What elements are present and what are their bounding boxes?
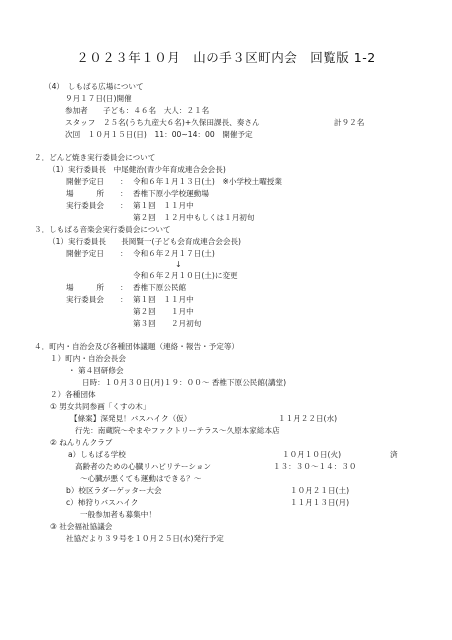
row-label: 開催予定日 — [66, 249, 104, 259]
row-value: 第３回 ２月初旬 — [133, 319, 201, 329]
row-value: 第１回 １１月中 — [133, 201, 194, 211]
item-date: １１月２２日(水) — [278, 414, 337, 424]
section-heading: ４．町内・自治会及び各種団体議題（連絡・報告・予定等） — [34, 342, 239, 352]
item: a）しもばる学校 — [68, 450, 126, 460]
staff: スタッフ ２５名(うち九産大６名)+久保田課長、奏さん — [65, 118, 260, 128]
item-date: １０月１０日(火) — [282, 450, 341, 460]
row-value: 令和６年１月１３日(土) ※小学校土曜授業 — [133, 177, 282, 187]
row-label: 開催予定日 — [66, 177, 104, 187]
row-sep: ： — [120, 283, 128, 293]
row-sep: ： — [120, 249, 128, 259]
row-label: 場 所 — [66, 283, 104, 293]
row-value: 香椎下原小学校運動場 — [133, 189, 209, 199]
item-date: １１月１３日(月) — [290, 498, 349, 508]
item: 社協だより３９号を１０月２５日(水)発行予定 — [66, 534, 224, 544]
item: 日時：１０月３０日(月)１９：００～ 香椎下原公民館(講堂) — [82, 378, 286, 388]
row-value: 令和６年２月１０日(土)に変更 — [133, 271, 238, 281]
row-value: 香椎下原公民館 — [133, 283, 186, 293]
item-date: １０月２１日(土) — [290, 486, 349, 496]
row-label: 実行委員会 — [66, 201, 104, 211]
circular-notice-page: ２０２３年１０月 山の手３区町内会 回覧版 1-2 （4） しもばる広場について… — [0, 0, 452, 640]
row-sep: ： — [120, 201, 128, 211]
section-heading: ２．どんど焼き実行委員会について — [34, 153, 155, 163]
total: 計９２名 — [334, 118, 364, 128]
item: ② ねんりんクラブ — [50, 438, 112, 448]
item-time: １３：３０～１４：３０ — [273, 462, 357, 472]
item: 高齢者のための心臓リハビリテーション — [75, 462, 211, 472]
item: b）校区ラダーゲッター大会 — [66, 486, 162, 496]
row-sep: ： — [120, 295, 128, 305]
item: ２）各種団体 — [50, 390, 96, 400]
row-label: 実行委員会 — [66, 295, 104, 305]
row-sep: ： — [120, 177, 128, 187]
section-heading: （4） しもばる広場について — [44, 82, 144, 92]
item: １）町内・自治会長会 — [50, 354, 126, 364]
row-value: 第２回 １２月中もしくは１月初旬 — [133, 213, 255, 223]
item: ③ 社会福祉協議会 — [50, 522, 112, 532]
event-date: ９月１７日(日)開催 — [65, 94, 132, 104]
item: 【條案】深発見！バスハイク（仮） — [70, 414, 191, 424]
participants: 参加者 子ども：４６名 大人：２１名 — [65, 106, 209, 116]
row-value: 第２回 １月中 — [133, 307, 194, 317]
row-sep: ： — [120, 189, 128, 199]
section-heading: ３．しもばる音楽会実行委員会について — [34, 225, 171, 235]
item: ～心臓が悪くても運動はできる？～ — [80, 474, 202, 484]
subsection-heading: （1）実行委員長 長岡賢一(子ども会育成連合会会長) — [48, 237, 241, 247]
next-event: 次回 １０月１５日(日) 11：00~14：00 開催予定 — [65, 130, 253, 140]
item: ・ 第４回研修会 — [68, 366, 124, 376]
item: 行先：南蔵院～やまやファクトリーテラス～久原本家総本店 — [75, 426, 280, 436]
row-label: 場 所 — [66, 189, 104, 199]
document-title: ２０２３年１０月 山の手３区町内会 回覧版 1-2 — [0, 48, 452, 66]
down-arrow-icon: ↓ — [175, 261, 182, 269]
row-value: 令和６年２月１７日(土) — [133, 249, 215, 259]
item: ① 男女共同参画「くすの木」 — [50, 402, 150, 412]
subsection-heading: （1）実行委員長 中尾健治(青少年育成連合会会長) — [48, 165, 226, 175]
status-done: 済 — [390, 450, 398, 460]
item: c）柿狩りバスハイク — [66, 498, 138, 508]
row-value: 第１回 １１月中 — [133, 295, 194, 305]
item: 一般参加者も募集中！ — [80, 510, 156, 520]
